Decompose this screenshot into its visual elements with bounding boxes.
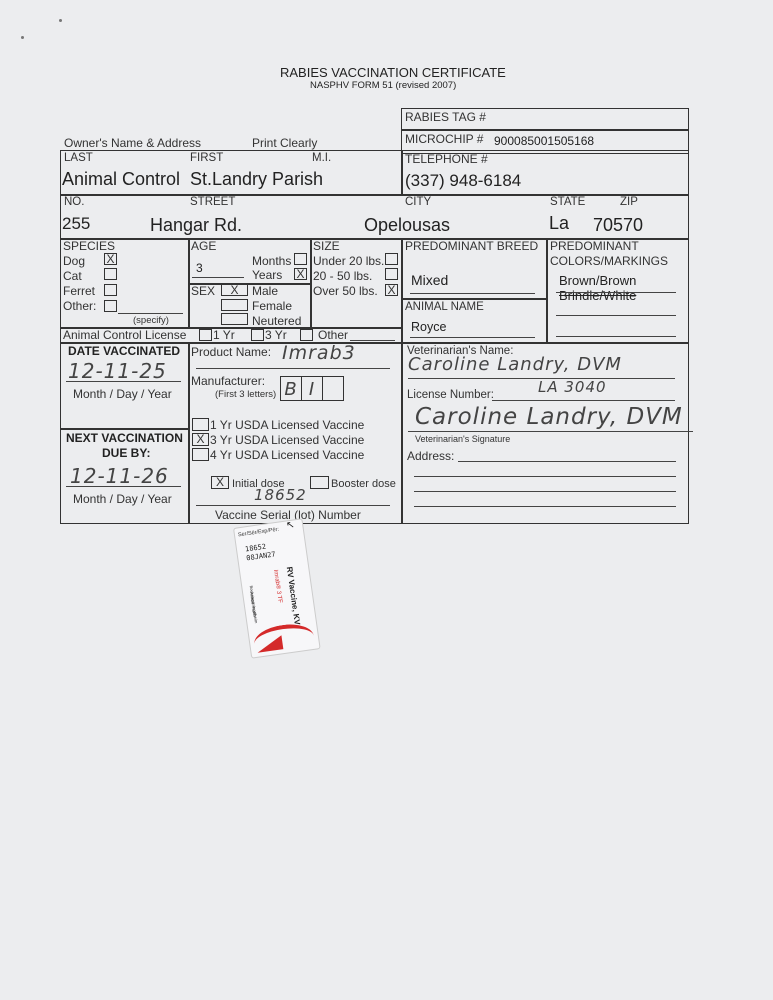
age-years-label: Years (252, 268, 282, 282)
address-state: La (549, 213, 569, 234)
sticker-brand: Imrab® 3 TF (272, 569, 283, 603)
usda-4yr-label: 4 Yr USDA Licensed Vaccine (210, 448, 364, 462)
owner-first-name: St.Landry Parish (190, 169, 323, 190)
city-label: CITY (405, 196, 431, 208)
usda-1yr-checkbox[interactable] (192, 418, 209, 431)
booster-dose-checkbox[interactable] (310, 476, 329, 489)
colors-label-line2: COLORS/MARKINGS (550, 254, 668, 268)
vet-license-value: LA 3040 (538, 378, 607, 396)
age-value: 3 (196, 261, 203, 275)
sex-male-label: Male (252, 284, 278, 298)
address-number: 255 (62, 214, 90, 234)
size-label: SIZE (313, 239, 340, 253)
address-city: Opelousas (364, 215, 450, 236)
product-name-line (196, 368, 390, 369)
sex-neutered-checkbox[interactable] (221, 313, 248, 325)
colors-value-line1: Brown/Brown (559, 273, 636, 288)
colors-line-3 (556, 336, 676, 337)
manufacturer-letter-1-value: B (284, 379, 297, 400)
species-other-checkbox[interactable] (104, 300, 117, 312)
usda-3yr-checkbox[interactable]: X (192, 433, 209, 446)
usda-4yr-checkbox[interactable] (192, 448, 209, 461)
age-label: AGE (191, 239, 216, 253)
product-name-value: Imrab3 (282, 342, 356, 364)
breed-label: PREDOMINANT BREED (405, 239, 538, 253)
date-vaccinated-label: DATE VACCINATED (68, 344, 180, 358)
form-subtitle: NASPHV FORM 51 (revised 2007) (310, 80, 456, 91)
vet-signature-value: Caroline Landry, DVM (415, 404, 683, 430)
specify-hint: (specify) (133, 315, 169, 326)
initial-dose-checkbox[interactable]: X (211, 476, 229, 489)
breed-line (410, 293, 535, 294)
colors-value-line2: Brindle/White (559, 288, 636, 303)
date-vaccinated-value: 12-11-25 (68, 359, 167, 383)
scan-speck (59, 19, 62, 22)
rabies-tag-label: RABIES TAG # (405, 110, 486, 124)
sex-neutered-label: Neutered (252, 314, 301, 328)
microchip-label: MICROCHIP # (405, 132, 483, 146)
scan-speck (21, 36, 24, 39)
next-vaccination-format: Month / Day / Year (73, 492, 172, 506)
license-3yr-label: 3 Yr (265, 328, 287, 342)
street-label: STREET (190, 196, 235, 208)
state-label: STATE (550, 196, 585, 208)
vaccine-serial-line (196, 505, 390, 506)
species-other-line (118, 313, 183, 314)
age-line (192, 277, 244, 278)
usda-1yr-label: 1 Yr USDA Licensed Vaccine (210, 418, 364, 432)
animal-name-label: ANIMAL NAME (405, 301, 484, 313)
vet-license-line (492, 400, 675, 401)
vet-signature-label: Veterinarian's Signature (415, 434, 510, 444)
manufacturer-letter-3[interactable] (322, 376, 344, 401)
age-months-checkbox[interactable] (294, 253, 307, 265)
colors-line-2 (556, 315, 676, 316)
next-vaccination-line (66, 486, 181, 487)
vaccine-serial-value: 18652 (254, 486, 307, 504)
sticker-header: Ser/Sér/Exp/Pér: (238, 527, 280, 539)
no-label: NO. (64, 196, 84, 208)
age-months-label: Months (252, 254, 291, 268)
sticker-product: RV Vaccine, KV (285, 566, 302, 625)
microchip-value: 900085001505168 (494, 134, 594, 148)
species-dog-checkbox[interactable]: X (104, 253, 117, 265)
vaccine-label-sticker: Ser/Sér/Exp/Pér: ↖ 18652 08JAN27 Boehrin… (233, 518, 321, 658)
vet-address-line-1 (458, 461, 676, 462)
sex-male-checkbox[interactable]: X (221, 284, 248, 296)
vet-address-line-4 (414, 506, 676, 507)
first-label: FIRST (190, 152, 223, 164)
species-cat-label: Cat (63, 269, 82, 283)
license-other-line (350, 340, 395, 341)
owner-last-name: Animal Control (62, 169, 180, 190)
breed-value: Mixed (411, 272, 448, 288)
species-other-label: Other: (63, 299, 96, 313)
vet-signature-line (408, 431, 693, 432)
telephone-value: (337) 948-6184 (405, 171, 521, 191)
mi-label: M.I. (312, 152, 331, 164)
product-name-label: Product Name: (191, 345, 271, 359)
species-cat-checkbox[interactable] (104, 268, 117, 280)
animal-name-line (410, 337, 535, 338)
size-20to50-checkbox[interactable] (385, 268, 398, 280)
form-title: RABIES VACCINATION CERTIFICATE (280, 65, 506, 80)
license-other-label: Other (318, 328, 348, 342)
colors-line-1 (556, 292, 676, 293)
license-label: Animal Control License (63, 328, 186, 342)
vet-address-line-2 (414, 476, 676, 477)
zip-label: ZIP (620, 196, 638, 208)
size-over50-label: Over 50 lbs. (313, 284, 378, 298)
owner-section-label: Owner's Name & Address (64, 136, 201, 150)
species-ferret-label: Ferret (63, 284, 95, 298)
species-ferret-checkbox[interactable] (104, 284, 117, 296)
size-under20-checkbox[interactable] (385, 253, 398, 265)
animal-name-value: Royce (411, 320, 446, 334)
sex-female-checkbox[interactable] (221, 299, 248, 311)
next-vaccination-due-label: DUE BY: (102, 446, 150, 460)
next-vaccination-label: NEXT VACCINATION (66, 431, 183, 445)
vet-address-line-3 (414, 491, 676, 492)
size-20to50-label: 20 - 50 lbs. (313, 269, 372, 283)
date-vaccinated-format: Month / Day / Year (73, 387, 172, 401)
manufacturer-label: Manufacturer: (191, 374, 265, 388)
sex-female-label: Female (252, 299, 292, 313)
vet-license-label: License Number: (407, 389, 494, 401)
colors-label-line1: PREDOMINANT (550, 239, 639, 253)
date-vaccinated-line (66, 381, 181, 382)
telephone-label: TELEPHONE # (405, 152, 488, 166)
usda-3yr-label: 3 Yr USDA Licensed Vaccine (210, 433, 364, 447)
address-street: Hangar Rd. (150, 215, 242, 236)
license-3yr-checkbox[interactable] (251, 329, 264, 341)
license-1yr-label: 1 Yr (213, 328, 235, 342)
license-1yr-checkbox[interactable] (199, 329, 212, 341)
next-vaccination-value: 12-11-26 (70, 464, 169, 488)
size-over50-checkbox[interactable]: X (385, 284, 398, 296)
manufacturer-hint: (First 3 letters) (215, 389, 276, 400)
arrow-icon: ↖ (285, 519, 295, 531)
last-label: LAST (64, 152, 93, 164)
booster-dose-label: Booster dose (331, 478, 396, 490)
address-zip: 70570 (593, 215, 643, 236)
license-other-checkbox[interactable] (300, 329, 313, 341)
print-clearly-label: Print Clearly (252, 136, 317, 150)
vet-address-label: Address: (407, 449, 454, 463)
species-dog-label: Dog (63, 254, 85, 268)
manufacturer-letter-1[interactable]: B (280, 376, 302, 401)
species-label: SPECIES (63, 239, 115, 253)
manufacturer-letter-2[interactable]: I (301, 376, 323, 401)
manufacturer-letter-2-value: I (309, 379, 315, 400)
age-years-checkbox[interactable]: X (294, 268, 307, 280)
sex-label: SEX (191, 284, 215, 298)
vet-name-value: Caroline Landry, DVM (408, 354, 622, 375)
size-under20-label: Under 20 lbs. (313, 254, 384, 268)
